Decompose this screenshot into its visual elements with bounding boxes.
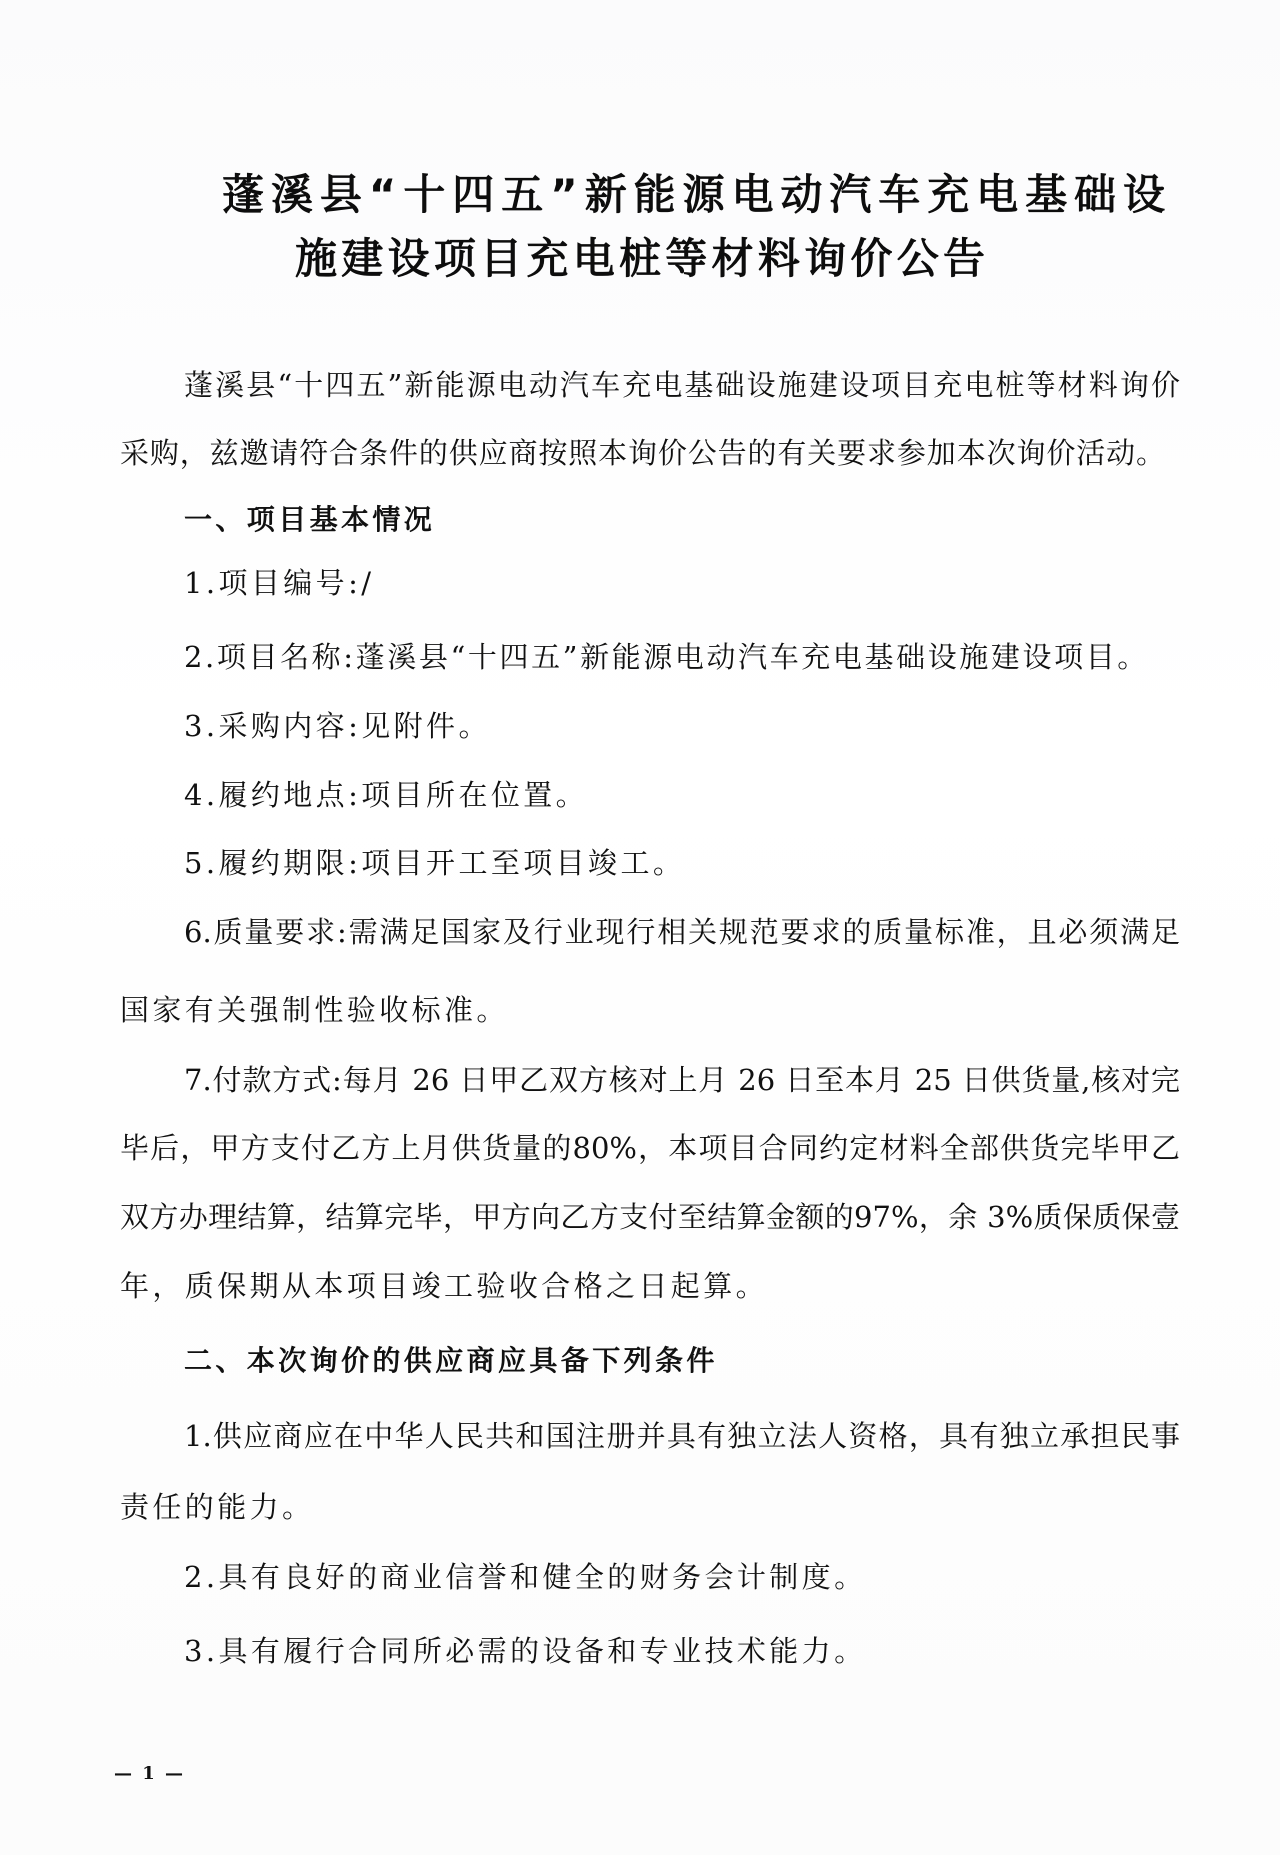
section-1-item-1: 1.项目编号:/ — [184, 563, 1180, 603]
section-1-item-7-line-2: 毕后，甲方支付乙方上月供货量的80%，本项目合同约定材料全部供货完毕甲乙 — [120, 1128, 1180, 1168]
section-1-item-7-line-3: 双方办理结算，结算完毕，甲方向乙方支付至结算金额的97%，余 3%质保质保壹 — [120, 1197, 1180, 1237]
section-1-item-3: 3.采购内容:见附件。 — [184, 706, 1180, 746]
page-number: — 1 — — [114, 1762, 185, 1786]
section-1-heading: 一、项目基本情况 — [184, 500, 1180, 540]
section-2-item-3: 3.具有履行合同所必需的设备和专业技术能力。 — [184, 1631, 1180, 1671]
section-1-item-4: 4.履约地点:项目所在位置。 — [184, 775, 1180, 815]
section-1-item-7-line-1: 7.付款方式:每月 26 日甲乙双方核对上月 26 日至本月 25 日供货量,核… — [184, 1060, 1180, 1100]
document-title-line-1: 蓬溪县“十四五”新能源电动汽车充电基础设 — [222, 170, 1165, 220]
section-1-item-2: 2.项目名称:蓬溪县“十四五”新能源电动汽车充电基础设施建设项目。 — [184, 637, 1180, 677]
section-1-item-6-line-2: 国家有关强制性验收标准。 — [120, 990, 1180, 1030]
intro-paragraph-line-1: 蓬溪县“十四五”新能源电动汽车充电基础设施建设项目充电桩等材料询价 — [184, 365, 1180, 405]
section-1-item-5: 5.履约期限:项目开工至项目竣工。 — [184, 843, 1180, 883]
document-page: 蓬溪县“十四五”新能源电动汽车充电基础设 施建设项目充电桩等材料询价公告 蓬溪县… — [0, 0, 1280, 1855]
intro-paragraph-line-2: 采购，兹邀请符合条件的供应商按照本询价公告的有关要求参加本次询价活动。 — [120, 433, 1165, 473]
section-1-item-7-line-4: 年，质保期从本项目竣工验收合格之日起算。 — [120, 1266, 1180, 1306]
section-1-item-6-line-1: 6.质量要求:需满足国家及行业现行相关规范要求的质量标准，且必须满足 — [184, 912, 1180, 952]
section-2-item-1-line-1: 1.供应商应在中华人民共和国注册并具有独立法人资格，具有独立承担民事 — [184, 1416, 1180, 1456]
document-title-line-2: 施建设项目充电桩等材料询价公告 — [295, 234, 985, 284]
section-2-item-1-line-2: 责任的能力。 — [120, 1487, 1180, 1527]
section-2-heading: 二、本次询价的供应商应具备下列条件 — [184, 1341, 1180, 1381]
section-2-item-2: 2.具有良好的商业信誉和健全的财务会计制度。 — [184, 1557, 1180, 1597]
